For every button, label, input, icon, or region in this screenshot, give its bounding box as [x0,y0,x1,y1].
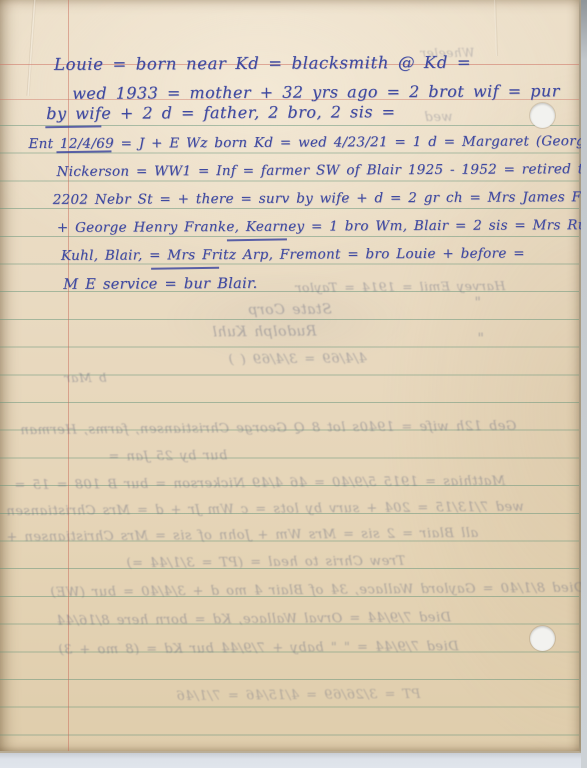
handwriting-line-wed-1933: wed 1933 = mother + 32 yrs ago = 2 brot … [72,81,560,103]
punch-hole-top [530,103,555,128]
ink-underline-by-wife [45,125,101,127]
handwriting-line-louie-born: Louie = born near Kd = blacksmith @ Kd = [54,53,471,74]
notebook-page: Wheeler wed Harvey Emil = 1914 = Taylor … [0,0,581,753]
punch-hole-bottom [530,626,555,651]
handwriting-line-nickerson: Nickerson = WW1 = Inf = farmer SW of Bla… [57,161,587,180]
handwriting-line-george-franke: + George Henry Franke, Kearney = 1 bro W… [57,217,587,236]
handwriting-line-address: 2202 Nebr St = + there = surv by wife + … [53,189,587,208]
scanner-background-right [581,0,587,768]
handwriting-line-by-wife: by wife + 2 d = father, 2 bro, 2 sis = [46,102,395,123]
handwriting-layer: Louie = born near Kd = blacksmith @ Kd =… [0,0,583,751]
scanned-page-background: Wheeler wed Harvey Emil = 1914 = Taylor … [0,0,587,768]
handwriting-line-kuhl-arp: Kuhl, Blair, = Mrs Fritz Arp, Fremont = … [61,245,525,263]
ink-underline-entry-date [56,150,111,152]
ink-underline-kearney [227,238,287,240]
scanner-background-bottom [0,753,581,768]
handwriting-line-service: M E service = bur Blair. [63,276,257,293]
handwriting-line-entry-date: Ent 12/4/69 = J + E Wz born Kd = wed 4/2… [28,133,587,152]
ink-underline-mrs-fritz [151,267,219,270]
